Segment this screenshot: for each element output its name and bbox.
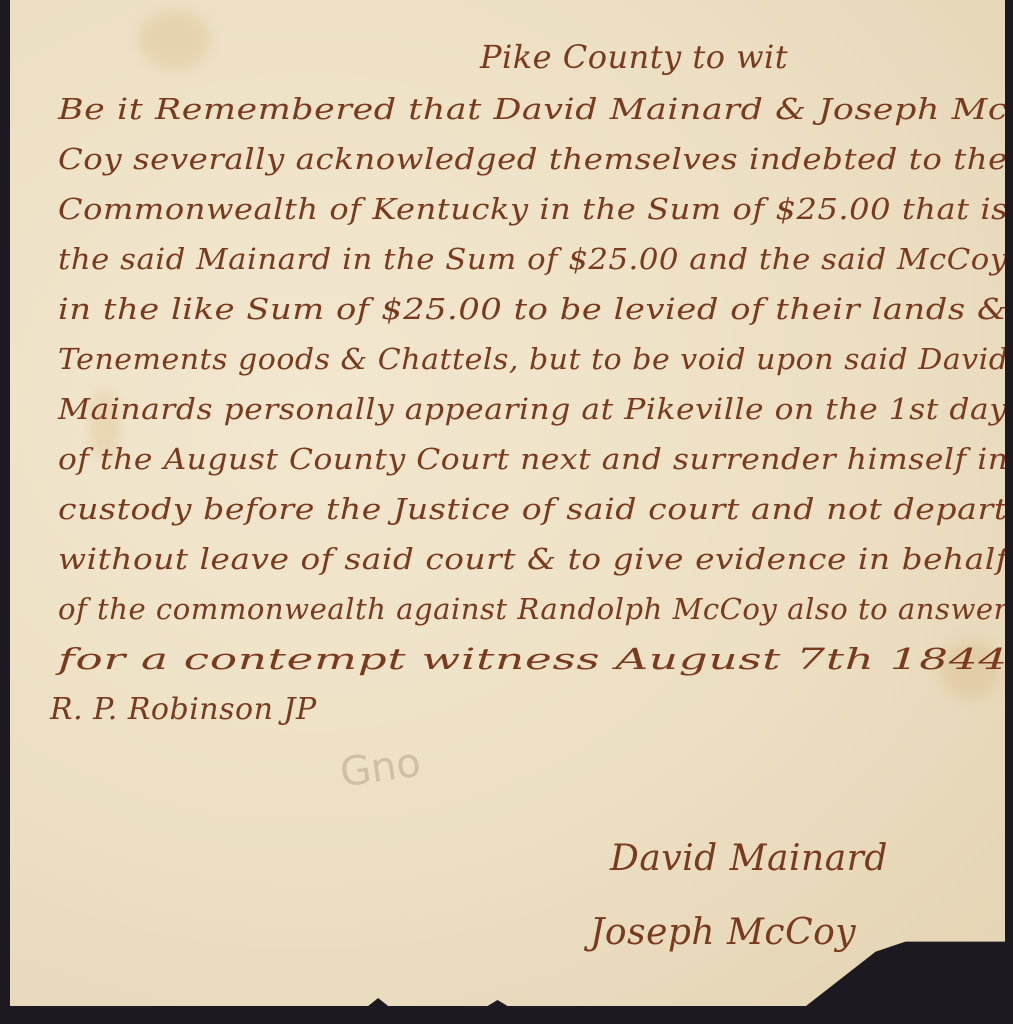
body-line: custody before the Justice of said court…	[58, 492, 1008, 526]
body-line: of the August County Court next and surr…	[58, 442, 1009, 476]
document-heading: Pike County to wit	[480, 38, 788, 76]
body-line: in the like Sum of $25.00 to be levied o…	[58, 292, 1007, 326]
body-line: without leave of said court & to give ev…	[58, 542, 1008, 576]
body-line: Coy severally acknowledged themselves in…	[58, 142, 1008, 176]
body-line: of the commonwealth against Randolph McC…	[58, 592, 1008, 626]
body-line: Tenements goods & Chattels, but to be vo…	[58, 342, 1008, 376]
body-line: Be it Remembered that David Mainard & Jo…	[58, 92, 1008, 126]
body-line: Mainards personally appearing at Pikevil…	[58, 392, 1008, 426]
body-line: the said Mainard in the Sum of $25.00 an…	[58, 242, 1008, 276]
paper-stain	[140, 10, 210, 70]
signature-david-mainard: David Mainard	[610, 838, 888, 879]
signature-joseph-mccoy: Joseph McCoy	[590, 912, 856, 953]
document-page: Pike County to wit Be it Remembered that…	[10, 0, 1005, 1006]
faint-stamp: Gno	[337, 740, 423, 797]
body-line: Commonwealth of Kentucky in the Sum of $…	[58, 192, 1008, 226]
body-line: for a contempt witness August 7th 1844	[58, 642, 1008, 676]
clerk-signature: R. P. Robinson JP	[50, 692, 317, 727]
